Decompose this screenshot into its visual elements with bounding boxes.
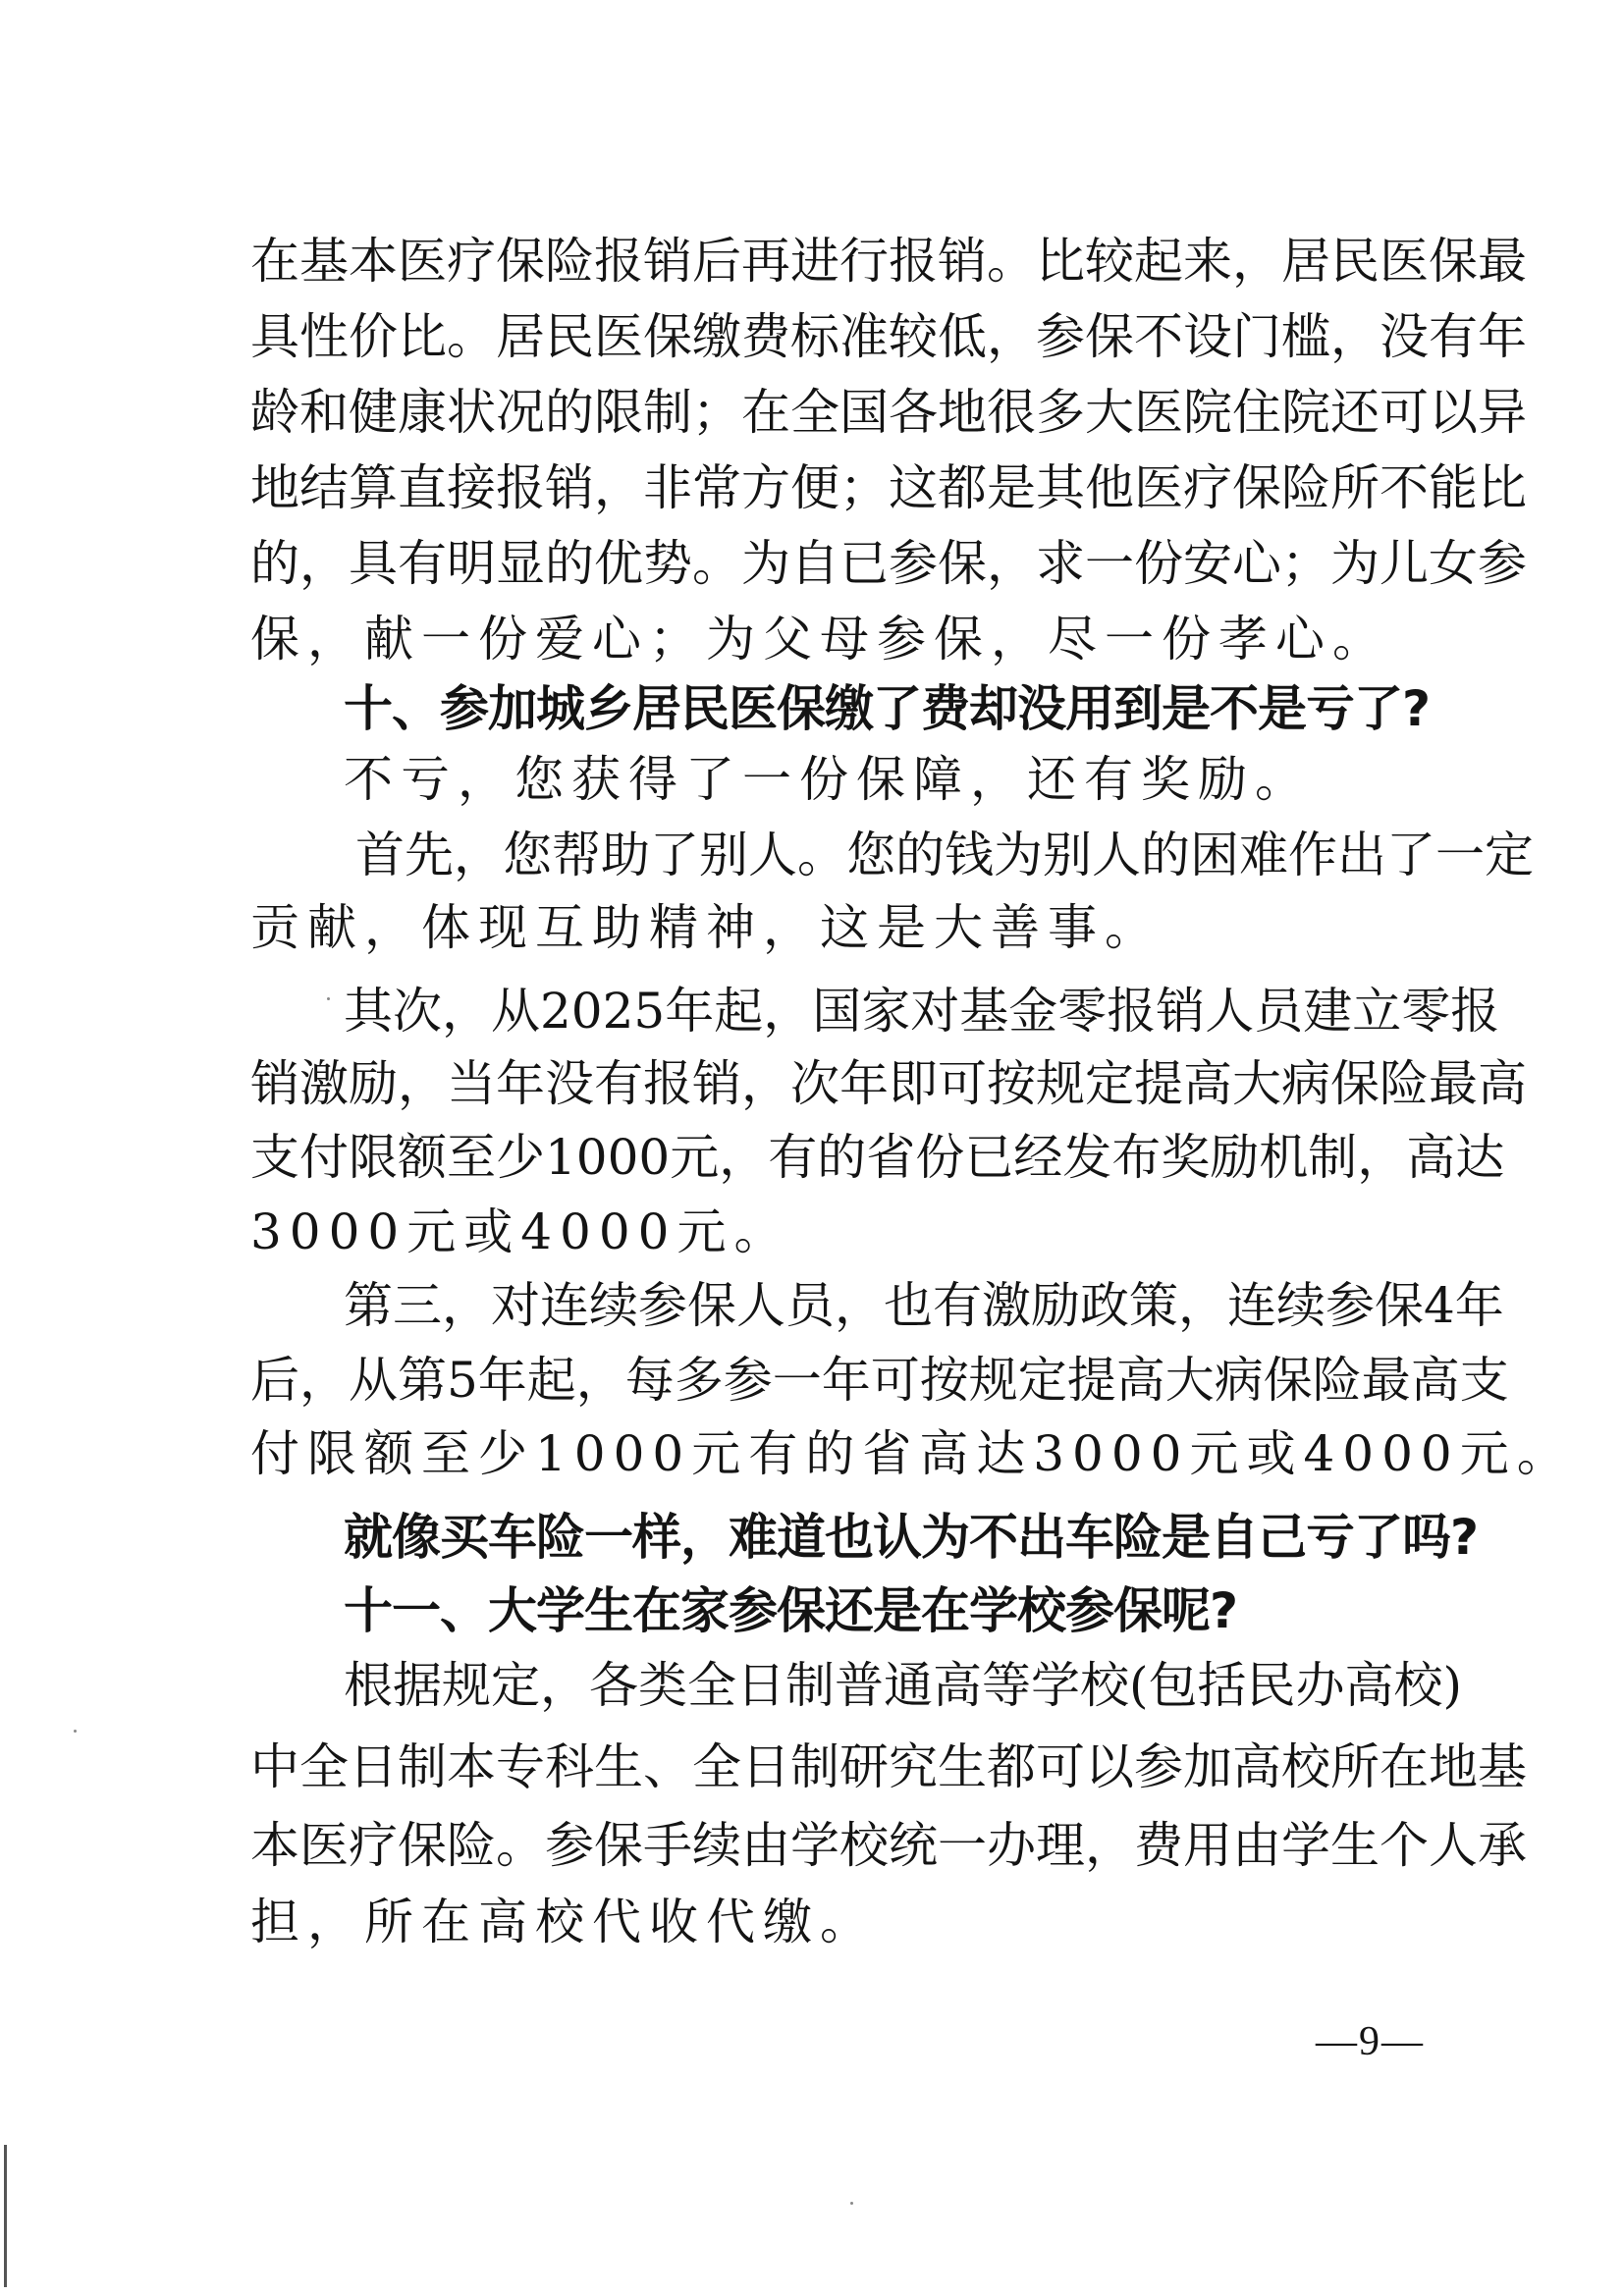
body-text-line: 根据规定，各类全日制普通高等学校(包括民办高校) [344, 1656, 1424, 1715]
body-text-line: 中全日制本专科生、全日制研究生都可以参加高校所在地基 [250, 1737, 1424, 1796]
body-text-line: 担，所在高校代收代缴。 [250, 1893, 1424, 1951]
body-text-line: 第三，对连续参保人员，也有激励政策，连续参保4年 [344, 1276, 1424, 1335]
body-text-line: 销激励，当年没有报销，次年即可按规定提高大病保险最高 [250, 1054, 1424, 1113]
body-text-line: 本医疗保险。参保手续由学校统一办理，费用由学生个人承 [250, 1816, 1424, 1875]
emphasis-sentence: 就像买车险一样，难道也认为不出车险是自己亏了吗? [344, 1508, 1424, 1567]
body-text-line: 保，献一份爱心；为父母参保，尽一份孝心。 [250, 610, 1424, 668]
body-text-line: 付限额至少1000元有的省高达3000元或4000元。 [250, 1424, 1424, 1483]
body-text-line: 龄和健康状况的限制；在全国各地很多大医院住院还可以异 [250, 383, 1424, 442]
scan-edge-line [4, 2145, 7, 2287]
scan-speck [850, 2202, 853, 2205]
body-text-line: 的，具有明显的优势。为自已参保，求一份安心；为儿女参 [250, 534, 1424, 593]
body-text-line: 具性价比。居民医保缴费标准较低，参保不设门槛，没有年 [250, 307, 1424, 366]
body-text-line: 后，从第5年起，每多参一年可按规定提高大病保险最高支 [250, 1351, 1424, 1410]
scan-speck [327, 997, 330, 1000]
page-number: —9— [1316, 2017, 1425, 2066]
section-heading-11: 十一、大学生在家参保还是在学校参保呢? [344, 1581, 1424, 1640]
section-heading-10: 十、参加城乡居民医保缴了费却没用到是不是亏了? [344, 679, 1424, 738]
body-text-line: 贡献，体现互助精神，这是大善事。 [250, 898, 1424, 957]
scan-speck [74, 1730, 77, 1733]
body-text-line: 3000元或4000元。 [250, 1202, 1424, 1261]
body-text-line: 在基本医疗保险报销后再进行报销。比较起来，居民医保最 [250, 232, 1424, 291]
body-text-line: 其次，从2025年起，国家对基金零报销人员建立零报 [344, 982, 1424, 1041]
body-text-line: 不亏，您获得了一份保障，还有奖励。 [344, 750, 1424, 809]
body-text-line: 地结算直接报销，非常方便；这都是其他医疗保险所不能比 [250, 458, 1424, 517]
body-text-line: 首先，您帮助了别人。您的钱为别人的困难作出了一定 [355, 826, 1424, 884]
body-text-line: 支付限额至少1000元，有的省份已经发布奖励机制，高达 [250, 1128, 1424, 1187]
